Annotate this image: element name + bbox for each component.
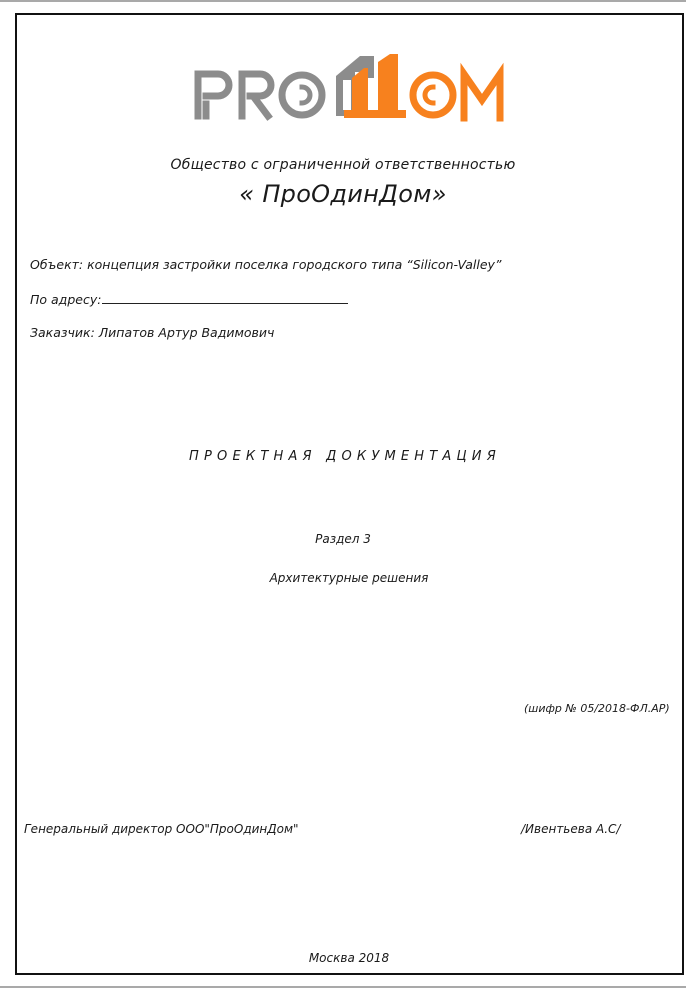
city-year: Москва 2018: [0, 951, 686, 965]
section-number: Раздел 3: [0, 532, 686, 546]
page-bottom-edge: [0, 986, 686, 988]
document-title: ПРОЕКТНАЯ ДОКУМЕНТАЦИЯ: [0, 449, 686, 464]
signatory-name: /Ивентьева А.С/: [521, 822, 620, 836]
document-cipher: (шифр № 05/2018-ФЛ.АР): [524, 702, 670, 715]
company-name: « ПроОдинДом»: [0, 180, 686, 208]
signatory-position: Генеральный директор ООО"ПроОдинДом": [24, 822, 299, 836]
address-field: По адресу:: [30, 291, 348, 307]
address-label: По адресу:: [30, 292, 101, 307]
page-top-edge: [0, 0, 686, 2]
section-name: Архитектурные решения: [0, 571, 686, 585]
customer-field: Заказчик: Липатов Артур Вадимович: [30, 325, 274, 340]
object-field: Объект: концепция застройки поселка горо…: [30, 257, 501, 272]
company-logo: [192, 52, 506, 122]
company-type: Общество с ограниченной ответственностью: [0, 157, 686, 173]
address-blank-line: [102, 291, 348, 304]
